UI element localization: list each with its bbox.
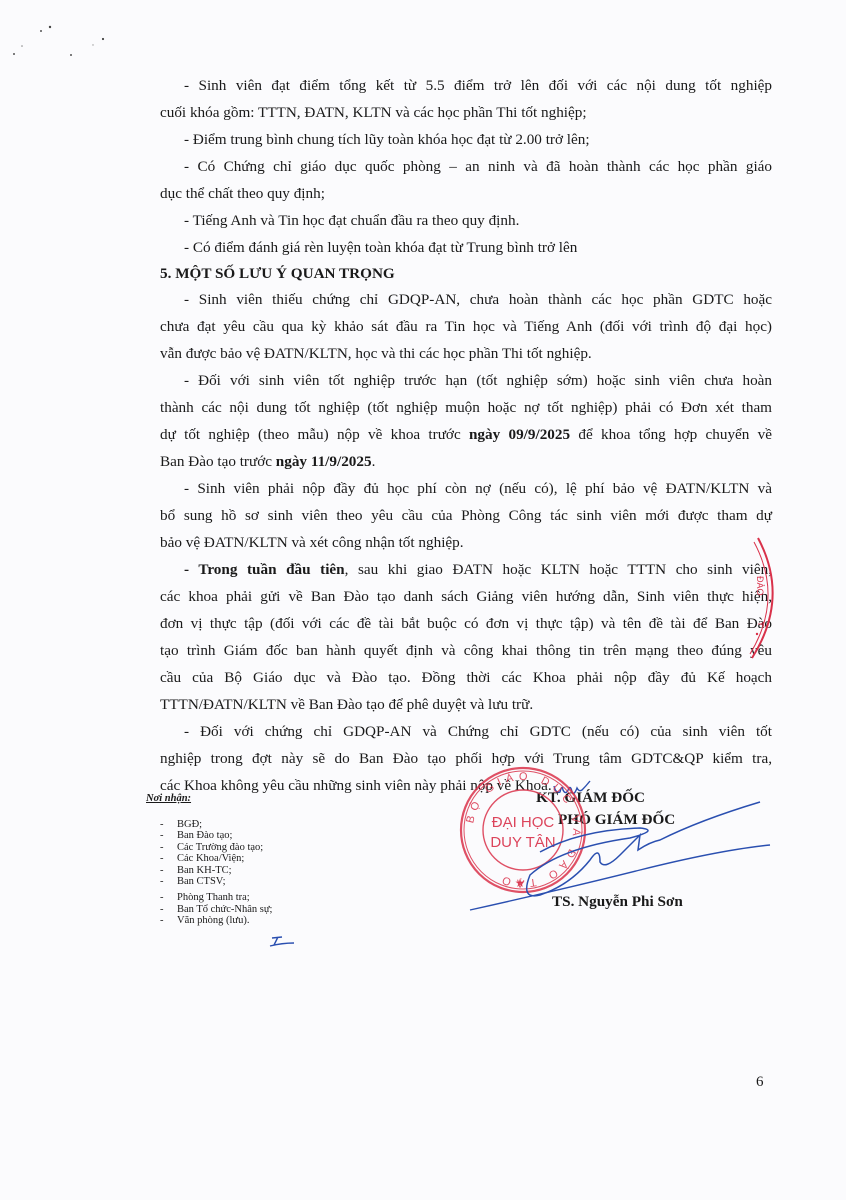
p4-line-5: cầu của Bộ Giáo dục và Đào tạo. Đồng thờ…	[160, 668, 772, 688]
recipient-item: Văn phòng (lưu).	[146, 915, 272, 927]
recipients-block: Nơi nhận: BGĐ; Ban Đào tạo; Các Trường đ…	[146, 793, 272, 927]
p4-line-4: tạo trình Giám đốc ban hành quyết định v…	[160, 641, 772, 661]
recipient-item: BGĐ;	[146, 819, 272, 831]
svg-text:ĐÀO: ĐÀO	[755, 576, 765, 596]
req-1-line-2: cuối khóa gồm: TTTN, ĐATN, KLTN và các h…	[160, 103, 772, 123]
edge-stamp-partial: ĐÀO Y	[748, 536, 788, 660]
req-4: - Tiếng Anh và Tin học đạt chuẩn đầu ra …	[160, 211, 772, 231]
req-5: - Có điểm đánh giá rèn luyện toàn khóa đ…	[160, 238, 772, 258]
scan-specks	[0, 0, 140, 60]
p2-line-2: thành các nội dung tốt nghiệp (tốt nghiệ…	[160, 398, 772, 418]
p2-line-1: - Đối với sinh viên tốt nghiệp trước hạn…	[160, 371, 772, 391]
recipient-item: Ban Tổ chức-Nhân sự;	[146, 904, 272, 916]
recipients-title: Nơi nhận:	[146, 793, 272, 805]
p4-line-6: TTTN/ĐATN/KLTN về Ban Đào tạo để phê duy…	[160, 695, 772, 715]
recipient-item: Các Trường đào tạo;	[146, 842, 272, 854]
p1-line-2: chưa đạt yêu cầu qua kỳ khảo sát đầu ra …	[160, 317, 772, 337]
req-3-line-1: - Có Chứng chỉ giáo dục quốc phòng – an …	[160, 157, 772, 177]
p3-line-1: - Sinh viên phải nộp đầy đủ học phí còn …	[160, 479, 772, 499]
p2-line-4: Ban Đào tạo trước ngày 11/9/2025.	[160, 452, 772, 472]
recipient-item: Các Khoa/Viện;	[146, 853, 272, 865]
req-3-line-2: dục thể chất theo quy định;	[160, 184, 772, 204]
recipient-item: Ban KH-TC;	[146, 865, 272, 877]
document-page: - Sinh viên đạt điểm tổng kết từ 5.5 điể…	[0, 0, 846, 1200]
page-number: 6	[756, 1074, 764, 1091]
deadline-faculty: ngày 09/9/2025	[469, 426, 570, 443]
req-2: - Điểm trung bình chung tích lũy toàn kh…	[160, 130, 772, 150]
p1-line-3: vẫn được bảo vệ ĐATN/KLTN, học và thi cá…	[160, 344, 772, 364]
p4-line-2: các khoa phải gửi về Ban Đào tạo danh sá…	[160, 587, 772, 607]
svg-text:Y: Y	[756, 621, 766, 627]
signer-name: TS. Nguyễn Phi Sơn	[552, 893, 683, 911]
p3-line-2: bổ sung hồ sơ sinh viên theo yêu cầu của…	[160, 506, 772, 526]
p1-line-1: - Sinh viên thiếu chứng chỉ GDQP-AN, chư…	[160, 290, 772, 310]
p5-line-1: - Đối với chứng chỉ GDQP-AN và Chứng chỉ…	[160, 722, 772, 742]
p4-line-1: - Trong tuần đầu tiên, sau khi giao ĐATN…	[160, 560, 772, 580]
handwritten-mark	[268, 934, 296, 948]
recipient-item: Ban CTSV;	[146, 876, 272, 888]
section-heading: 5. MỘT SỐ LƯU Ý QUAN TRỌNG	[160, 264, 772, 284]
deadline-training-office: ngày 11/9/2025	[276, 453, 372, 470]
recipient-item: Phòng Thanh tra;	[146, 892, 272, 904]
p4-line-3: đơn vị thực tập (đối với các đề tài bắt …	[160, 614, 772, 634]
recipient-item: Ban Đào tạo;	[146, 830, 272, 842]
p2-line-3: dự tốt nghiệp (theo mẫu) nộp về khoa trư…	[160, 425, 772, 445]
p3-line-3: bảo vệ ĐATN/KLTN và xét công nhận tốt ng…	[160, 533, 772, 553]
req-1-line-1: - Sinh viên đạt điểm tổng kết từ 5.5 điể…	[160, 76, 772, 96]
